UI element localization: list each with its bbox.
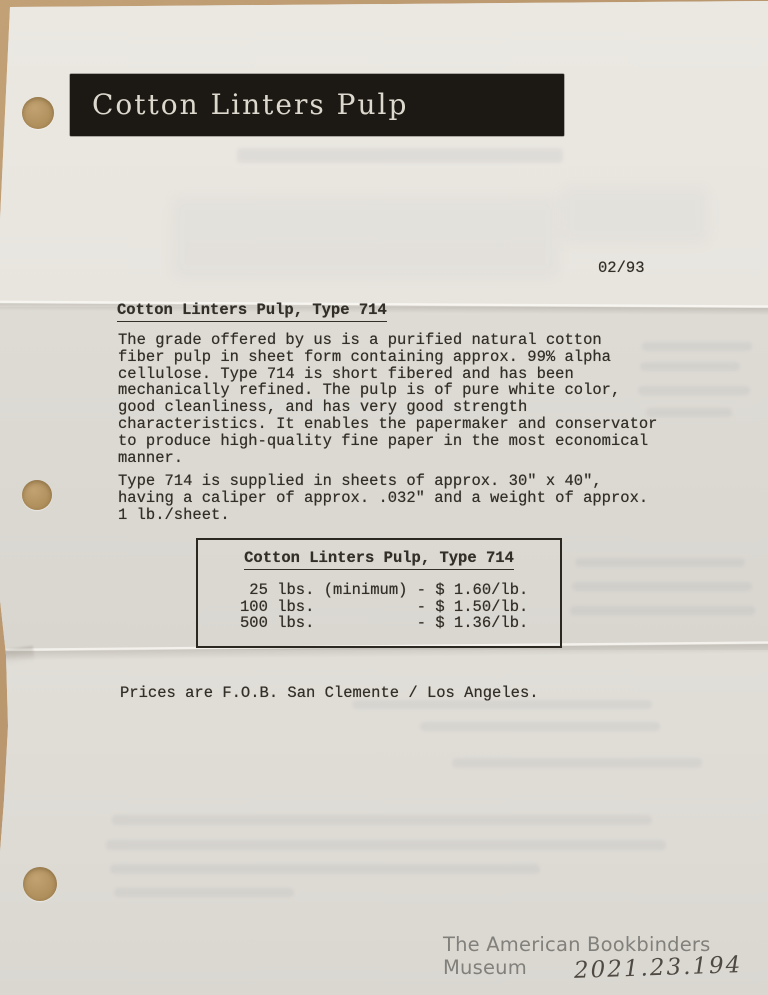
show-through-artifact (642, 342, 752, 351)
price-cell: $ 1.50/lb. (435, 599, 560, 616)
quantity-cell: 500 lbs. (240, 615, 417, 632)
quantity-cell: 25 lbs. (minimum) (240, 582, 417, 599)
separator-cell: - (417, 599, 436, 616)
price-rows: 25 lbs. (minimum) - $ 1.60/lb. 100 lbs. … (198, 582, 560, 632)
show-through-artifact (114, 888, 294, 897)
price-row: 100 lbs. - $ 1.50/lb. (240, 599, 560, 616)
price-box: Cotton Linters Pulp, Type 714 25 lbs. (m… (196, 538, 562, 648)
show-through-artifact (570, 606, 755, 615)
show-through-artifact (452, 758, 702, 768)
header-banner: Cotton Linters Pulp (70, 74, 564, 136)
price-box-heading: Cotton Linters Pulp, Type 714 (244, 549, 514, 570)
paragraph-sheet-specs: Type 714 is supplied in sheets of approx… (118, 473, 648, 523)
price-cell: $ 1.36/lb. (435, 615, 560, 632)
paragraph-grade-description: The grade offered by us is a purified na… (118, 332, 658, 466)
price-cell: $ 1.60/lb. (435, 582, 560, 599)
price-row: 25 lbs. (minimum) - $ 1.60/lb. (240, 582, 560, 599)
show-through-artifact (110, 864, 540, 874)
punch-hole-top (22, 97, 54, 129)
show-through-artifact (575, 558, 745, 567)
show-through-artifact (170, 195, 560, 280)
show-through-artifact (646, 408, 732, 417)
show-through-artifact (420, 722, 660, 731)
show-through-artifact (237, 148, 563, 163)
show-through-artifact (112, 815, 652, 825)
punch-hole-bottom (23, 867, 57, 901)
document-heading: Cotton Linters Pulp, Type 714 (117, 301, 387, 322)
quantity-cell: 100 lbs. (240, 599, 417, 616)
show-through-artifact (572, 582, 752, 591)
show-through-artifact (106, 840, 666, 850)
separator-cell: - (417, 615, 436, 632)
separator-cell: - (417, 582, 436, 599)
price-row: 500 lbs. - $ 1.36/lb. (240, 615, 560, 632)
paper-sheet: Cotton Linters Pulp 02/93 Cotton Linters… (0, 0, 768, 995)
punch-hole-middle (22, 480, 52, 510)
date-label: 02/93 (598, 259, 645, 277)
banner-title: Cotton Linters Pulp (92, 88, 408, 121)
show-through-artifact (560, 185, 710, 245)
photo-background: Cotton Linters Pulp 02/93 Cotton Linters… (0, 0, 768, 995)
fob-note: Prices are F.O.B. San Clemente / Los Ang… (120, 684, 539, 702)
